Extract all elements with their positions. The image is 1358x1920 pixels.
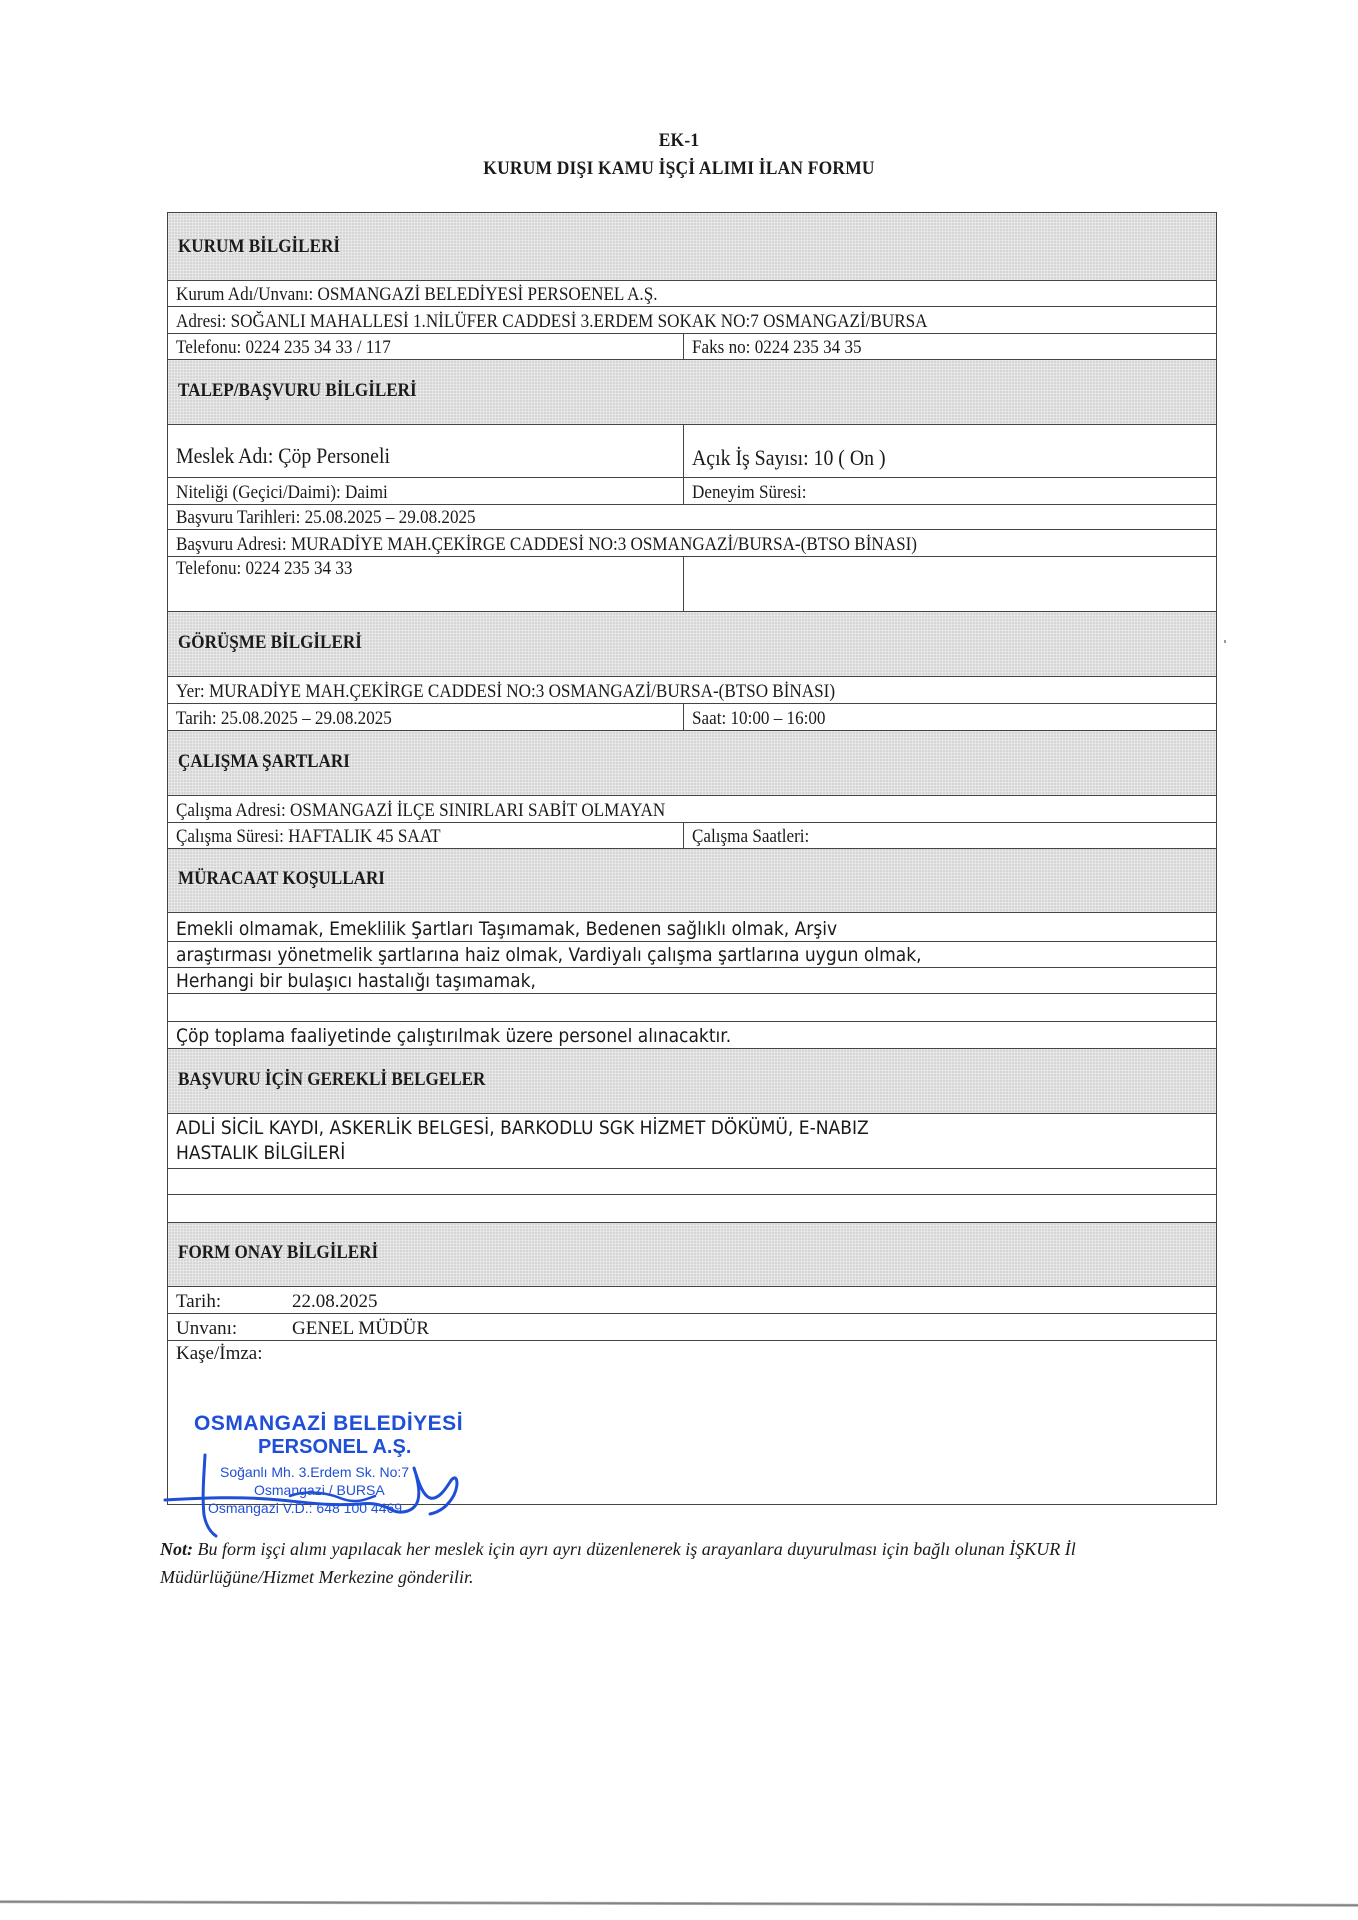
section-talep-heading: TALEP/BAŞVURU BİLGİLERİ — [168, 360, 1216, 425]
kurum-phone: Telefonu: 0224 235 34 33 / 117 — [168, 334, 684, 359]
section-onay-heading: FORM ONAY BİLGİLERİ — [168, 1223, 1216, 1287]
row-talep-phone: Telefonu: 0224 235 34 33 — [168, 557, 1216, 612]
documents-line — [168, 1195, 1216, 1223]
section-belgeler-heading: BAŞVURU İÇİN GEREKLİ BELGELER — [168, 1049, 1216, 1114]
condition-text: Emekli olmamak, Emeklilik Şartları Taşım… — [168, 913, 1216, 941]
announcement-form: KURUM BİLGİLERİ Kurum Adı/Unvanı: OSMANG… — [167, 212, 1217, 1505]
row-calisma-address: Çalışma Adresi: OSMANGAZİ İLÇE SINIRLARI… — [168, 796, 1216, 823]
row-gorusme-datetime: Tarih: 25.08.2025 – 29.08.2025 Saat: 10:… — [168, 704, 1216, 731]
interview-date: Tarih: 25.08.2025 – 29.08.2025 — [168, 704, 684, 730]
condition-text: Herhangi bir bulaşıcı hastalığı taşımama… — [168, 968, 1216, 993]
condition-line: Çöp toplama faaliyetinde çalıştırılmak ü… — [168, 1022, 1216, 1049]
row-kurum-address: Adresi: SOĞANLI MAHALLESİ 1.NİLÜFER CADD… — [168, 307, 1216, 334]
application-dates: Başvuru Tarihleri: 25.08.2025 – 29.08.20… — [168, 505, 1216, 529]
work-address: Çalışma Adresi: OSMANGAZİ İLÇE SINIRLARI… — [168, 796, 1216, 822]
row-talep-address: Başvuru Adresi: MURADİYE MAH.ÇEKİRGE CAD… — [168, 530, 1216, 557]
scan-speck — [1224, 640, 1226, 643]
documents-line: ADLİ SİCİL KAYDI, ASKERLİK BELGESİ, BARK… — [168, 1114, 1216, 1169]
section-title: TALEP/BAŞVURU BİLGİLERİ — [178, 380, 417, 402]
approval-date-value: 22.08.2025 — [284, 1287, 1216, 1313]
row-onay-title: Unvanı: GENEL MÜDÜR — [168, 1314, 1216, 1341]
section-calisma-heading: ÇALIŞMA ŞARTLARI — [168, 731, 1216, 796]
application-phone-blank — [684, 557, 1216, 611]
kurum-name: Kurum Adı/Unvanı: OSMANGAZİ BELEDİYESİ P… — [168, 281, 1216, 306]
kurum-fax: Faks no: 0224 235 34 35 — [684, 334, 1216, 359]
condition-text: araştırması yönetmelik şartlarına haiz o… — [168, 942, 1216, 967]
note-label: Not: — [160, 1539, 193, 1559]
row-calisma-duration: Çalışma Süresi: HAFTALIK 45 SAAT Çalışma… — [168, 823, 1216, 849]
form-code: EK-1 — [54, 130, 1303, 152]
condition-line: Herhangi bir bulaşıcı hastalığı taşımama… — [168, 968, 1216, 994]
section-title: GÖRÜŞME BİLGİLERİ — [178, 632, 362, 654]
approval-title-label: Unvanı: — [168, 1314, 284, 1340]
section-title: BAŞVURU İÇİN GEREKLİ BELGELER — [178, 1069, 485, 1091]
documents-line — [168, 1169, 1216, 1195]
condition-line: Emekli olmamak, Emeklilik Şartları Taşım… — [168, 913, 1216, 942]
application-address: Başvuru Adresi: MURADİYE MAH.ÇEKİRGE CAD… — [168, 530, 1216, 556]
condition-text — [168, 994, 1216, 1021]
form-title: KURUM DIŞI KAMU İŞÇİ ALIMI İLAN FORMU — [54, 158, 1303, 180]
job-nature: Niteliği (Geçici/Daimi): Daimi — [168, 478, 684, 504]
signature-icon — [160, 1440, 490, 1550]
kurum-address: Adresi: SOĞANLI MAHALLESİ 1.NİLÜFER CADD… — [168, 307, 1216, 333]
condition-text: Çöp toplama faaliyetinde çalıştırılmak ü… — [168, 1022, 1216, 1048]
experience: Deneyim Süresi: — [684, 478, 1216, 504]
row-kurum-contact: Telefonu: 0224 235 34 33 / 117 Faks no: … — [168, 334, 1216, 360]
application-phone: Telefonu: 0224 235 34 33 — [168, 557, 684, 611]
row-gorusme-place: Yer: MURADİYE MAH.ÇEKİRGE CADDESİ NO:3 O… — [168, 677, 1216, 704]
section-title: MÜRACAAT KOŞULLARI — [178, 868, 385, 890]
condition-line: araştırması yönetmelik şartlarına haiz o… — [168, 942, 1216, 968]
approval-date-label: Tarih: — [168, 1287, 284, 1313]
section-title: ÇALIŞMA ŞARTLARI — [178, 751, 350, 773]
work-duration: Çalışma Süresi: HAFTALIK 45 SAAT — [168, 823, 684, 848]
approval-title-value: GENEL MÜDÜR — [284, 1314, 1216, 1340]
documents-text — [168, 1195, 1216, 1222]
section-title: KURUM BİLGİLERİ — [178, 236, 340, 258]
row-kurum-name: Kurum Adı/Unvanı: OSMANGAZİ BELEDİYESİ P… — [168, 281, 1216, 307]
documents-text — [168, 1169, 1216, 1194]
section-muracaat-heading: MÜRACAAT KOŞULLARI — [168, 849, 1216, 913]
profession: Meslek Adı: Çöp Personeli — [168, 425, 684, 477]
condition-line — [168, 994, 1216, 1022]
note-text: Bu form işçi alımı yapılacak her meslek … — [160, 1539, 1076, 1587]
open-positions: Açık İş Sayısı: 10 ( On ) — [684, 425, 1216, 477]
section-title: FORM ONAY BİLGİLERİ — [178, 1242, 378, 1264]
section-gorusme-heading: GÖRÜŞME BİLGİLERİ — [168, 612, 1216, 677]
stamp-line-1: OSMANGAZİ BELEDİYESİ — [194, 1412, 463, 1436]
row-talep-dates: Başvuru Tarihleri: 25.08.2025 – 29.08.20… — [168, 505, 1216, 530]
row-onay-date: Tarih: 22.08.2025 — [168, 1287, 1216, 1314]
section-kurum-heading: KURUM BİLGİLERİ — [168, 213, 1216, 281]
work-hours: Çalışma Saatleri: — [684, 823, 1216, 848]
row-talep-nature: Niteliği (Geçici/Daimi): Daimi Deneyim S… — [168, 478, 1216, 505]
documents-text: ADLİ SİCİL KAYDI, ASKERLİK BELGESİ, BARK… — [168, 1116, 1216, 1141]
interview-place: Yer: MURADİYE MAH.ÇEKİRGE CADDESİ NO:3 O… — [168, 677, 1216, 703]
scan-edge-line — [0, 1900, 1358, 1907]
row-talep-profession: Meslek Adı: Çöp Personeli Açık İş Sayısı… — [168, 425, 1216, 478]
interview-time: Saat: 10:00 – 16:00 — [684, 704, 1216, 730]
footnote: Not: Bu form işçi alımı yapılacak her me… — [160, 1535, 1220, 1591]
documents-text: HASTALIK BİLGİLERİ — [168, 1141, 1216, 1166]
